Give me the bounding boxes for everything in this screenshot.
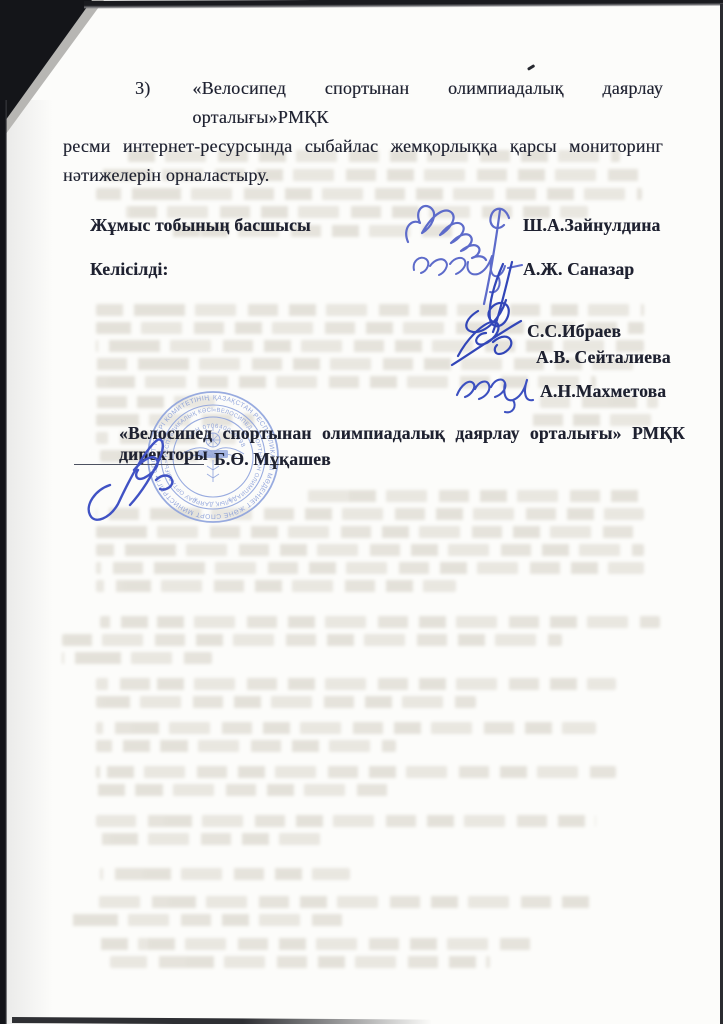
bleedthrough-text-line (300, 490, 640, 502)
workgroup-head-label: Жұмыс тобының басшысы (90, 215, 311, 236)
bleedthrough-text-line (96, 815, 596, 827)
bleedthrough-text-line (96, 784, 396, 796)
bleedthrough-text-line (96, 766, 616, 778)
bleedthrough-text-line (96, 544, 644, 556)
bleedthrough-text-line (96, 562, 644, 574)
signatory-name: Ш.А.Зайнулдина (523, 215, 660, 236)
scanned-document-page: ҚАЗАҚСТАН РЕСПУБЛИКАСЫ МӘДЕНИЕТ ЖӘНЕ СПО… (0, 0, 723, 1024)
bleedthrough-text-line (62, 652, 212, 664)
bleedthrough-text-line (96, 678, 616, 690)
signature-ink-mukashev (82, 428, 232, 528)
bleedthrough-text-line (96, 833, 326, 845)
signatory-name: С.С.Ибраев (527, 321, 621, 342)
paragraph-line-1: 3) «Велосипед спортынан олимпиадалық дая… (63, 74, 663, 132)
paragraph-line-3: нәтижелерін орналастыру. (63, 161, 663, 190)
list-item-number: 3) (135, 74, 150, 132)
signatory-name: А.Н.Махметова (540, 381, 666, 402)
bleedthrough-text-line (100, 868, 350, 880)
bleedthrough-text-line (100, 616, 660, 628)
bleedthrough-text-line (96, 580, 456, 592)
agreed-label: Келісілді: (90, 259, 168, 280)
bleedthrough-text-line (110, 956, 490, 968)
paragraph-line-2: ресми интернет-ресурсында сыбайлас жемқо… (63, 132, 663, 161)
paragraph-item-3: 3) «Велосипед спортынан олимпиадалық дая… (63, 74, 663, 190)
bleedthrough-text-line (62, 634, 562, 646)
signature-ink-makhmetova (450, 364, 542, 418)
bleedthrough-text-line (96, 722, 596, 734)
signature-ink-seitalieva (445, 312, 530, 370)
bleedthrough-text-line (72, 914, 352, 926)
bleedthrough-text-line (96, 304, 644, 316)
signatory-name: А.В. Сейталиева (536, 347, 671, 368)
bleedthrough-text-line (96, 896, 596, 908)
bleedthrough-text-line (100, 938, 540, 950)
bleedthrough-text-line (96, 696, 476, 708)
bleedthrough-text-line (96, 740, 396, 752)
